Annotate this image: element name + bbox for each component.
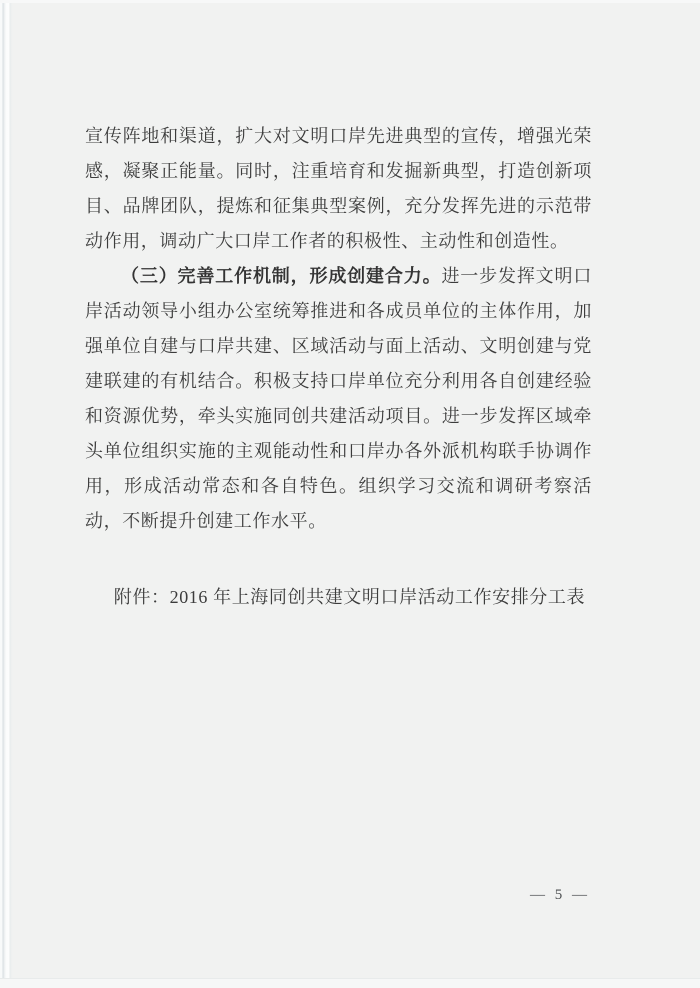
attachment-line: 附件：2016 年上海同创共建文明口岸活动工作安排分工表 (85, 580, 592, 615)
body-text: 宣传阵地和渠道，扩大对文明口岸先进典型的宣传，增强光荣感，凝聚正能量。同时，注重… (85, 119, 592, 615)
paragraph-text: 宣传阵地和渠道，扩大对文明口岸先进典型的宣传，增强光荣感，凝聚正能量。同时，注重… (85, 126, 592, 251)
scan-edge-bottom (0, 978, 700, 988)
scan-edge-top (0, 0, 700, 3)
section-heading: （三）完善工作机制，形成创建合力。 (121, 266, 441, 286)
paragraph-text: 进一步发挥文明口岸活动领导小组办公室统筹推进和各成员单位的主体作用，加强单位自建… (85, 266, 592, 531)
scan-edge-left (0, 0, 13, 988)
paragraph-section-3: （三）完善工作机制，形成创建合力。进一步发挥文明口岸活动领导小组办公室统筹推进和… (85, 259, 592, 539)
page-number: — 5 — (530, 885, 590, 905)
document-page: 宣传阵地和渠道，扩大对文明口岸先进典型的宣传，增强光荣感，凝聚正能量。同时，注重… (0, 0, 700, 988)
paragraph-continuation: 宣传阵地和渠道，扩大对文明口岸先进典型的宣传，增强光荣感，凝聚正能量。同时，注重… (85, 119, 592, 259)
